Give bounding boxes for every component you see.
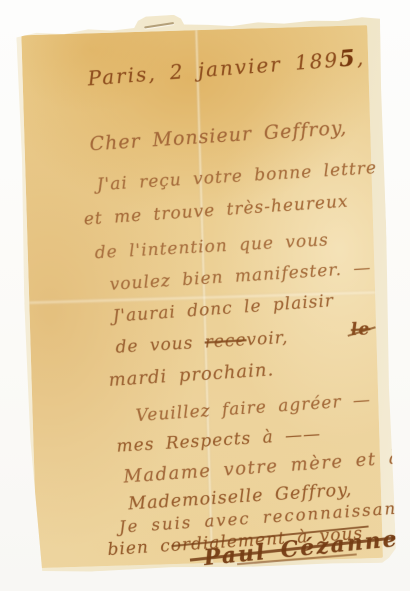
dateline-text: Paris, 2 janvier 189 bbox=[87, 48, 340, 91]
letter-word: voir, bbox=[246, 328, 289, 350]
letter-line: voulez bien manifester. — bbox=[109, 258, 372, 295]
salutation: Cher Monsieur Geffroy, bbox=[89, 117, 348, 156]
margin-struck-word: le bbox=[350, 319, 370, 340]
letter-sheet: Paris, 2 janvier 1895, Cher Monsieur Gef… bbox=[16, 9, 396, 574]
letter-line: de l'intention que vous bbox=[94, 230, 329, 263]
letter-line: mardi prochain. bbox=[108, 359, 275, 391]
dateline-comma: , bbox=[356, 46, 366, 71]
dateline-year-digit: 5 bbox=[338, 45, 357, 72]
handwriting-layer: Paris, 2 janvier 1895, Cher Monsieur Gef… bbox=[16, 9, 396, 574]
letter-word: de vous bbox=[115, 333, 205, 358]
letter-line-with-correction: de vous recevoir, le bbox=[115, 328, 289, 358]
struck-word: rece bbox=[204, 330, 247, 352]
letter-line: Veuillez faire agréer — bbox=[135, 390, 372, 426]
letter-line: mes Respects à —— bbox=[116, 424, 322, 456]
letter-line: et me trouve très-heureux bbox=[83, 192, 349, 230]
dateline: Paris, 2 janvier 1895, bbox=[87, 45, 366, 92]
letter-line: J'aurai donc le plaisir bbox=[112, 291, 335, 327]
letter-photo: Paris, 2 janvier 1895, Cher Monsieur Gef… bbox=[0, 0, 410, 591]
letter-line: J'ai reçu votre bonne lettre bbox=[96, 158, 377, 195]
